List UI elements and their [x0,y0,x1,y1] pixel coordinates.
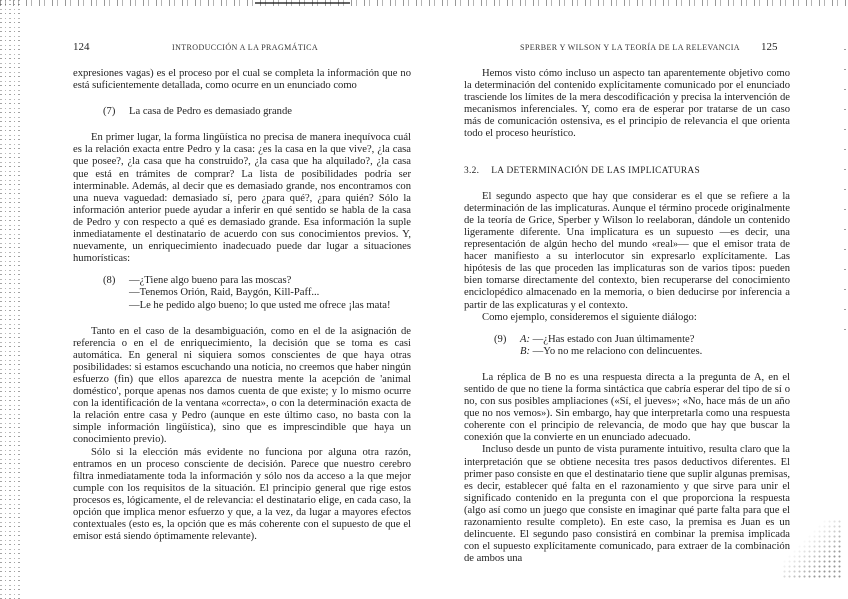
example-number: (9) [494,334,520,358]
paragraph: expresiones vagas) es el proceso por el … [73,68,411,92]
paragraph: Incluso desde un punto de vista purament… [464,444,790,565]
speaker: B: [520,346,530,357]
right-page: SPERBER Y WILSON Y LA TEORÍA DE LA RELEV… [424,0,848,599]
example-number: (8) [103,275,129,311]
paragraph: La réplica de B no es una respuesta dire… [464,372,790,445]
right-page-body: Hemos visto cómo incluso un aspecto tan … [464,68,790,565]
left-page: 124 INTRODUCCIÓN A LA PRAGMÁTICA expresi… [0,0,424,599]
example-number: (7) [103,106,129,118]
dialogue-line: —Tenemos Orión, Raid, Baygón, Kill-Paff.… [129,287,411,299]
left-page-body: expresiones vagas) es el proceso por el … [73,68,411,543]
paragraph: Tanto en el caso de la desambiguación, c… [73,326,411,447]
section-title: LA DETERMINACIÓN DE LAS IMPLICATURAS [491,166,700,176]
example-8: (8) —¿Tiene algo bueno para las moscas? … [103,275,411,311]
book-spread: 124 INTRODUCCIÓN A LA PRAGMÁTICA expresi… [0,0,848,599]
dialogue-line: B: —Yo no me relaciono con delincuentes. [520,346,790,358]
example-7: (7) La casa de Pedro es demasiado grande [103,106,411,118]
paragraph: En primer lugar, la forma lingüística no… [73,132,411,265]
dialogue-line: A: —¿Has estado con Juan últimamente? [520,334,790,346]
dialogue-line: —Le he pedido algo bueno; lo que usted m… [129,300,411,312]
section-heading: 3.2.LA DETERMINACIÓN DE LAS IMPLICATURAS [464,165,790,177]
example-text: La casa de Pedro es demasiado grande [129,106,411,118]
dialogue-line: —¿Tiene algo bueno para las moscas? [129,275,411,287]
paragraph: Sólo si la elección más evidente no func… [73,447,411,544]
paragraph: Como ejemplo, consideremos el siguiente … [464,312,790,324]
running-head: INTRODUCCIÓN A LA PRAGMÁTICA [172,43,318,52]
paragraph: Hemos visto cómo incluso un aspecto tan … [464,68,790,141]
example-9: (9) A: —¿Has estado con Juan últimamente… [494,334,790,358]
speaker: A: [520,334,530,345]
page-number: 125 [761,41,778,53]
section-number: 3.2. [464,166,479,176]
paragraph: El segundo aspecto que hay que considera… [464,191,790,312]
page-number: 124 [73,41,90,53]
running-head: SPERBER Y WILSON Y LA TEORÍA DE LA RELEV… [520,43,740,52]
